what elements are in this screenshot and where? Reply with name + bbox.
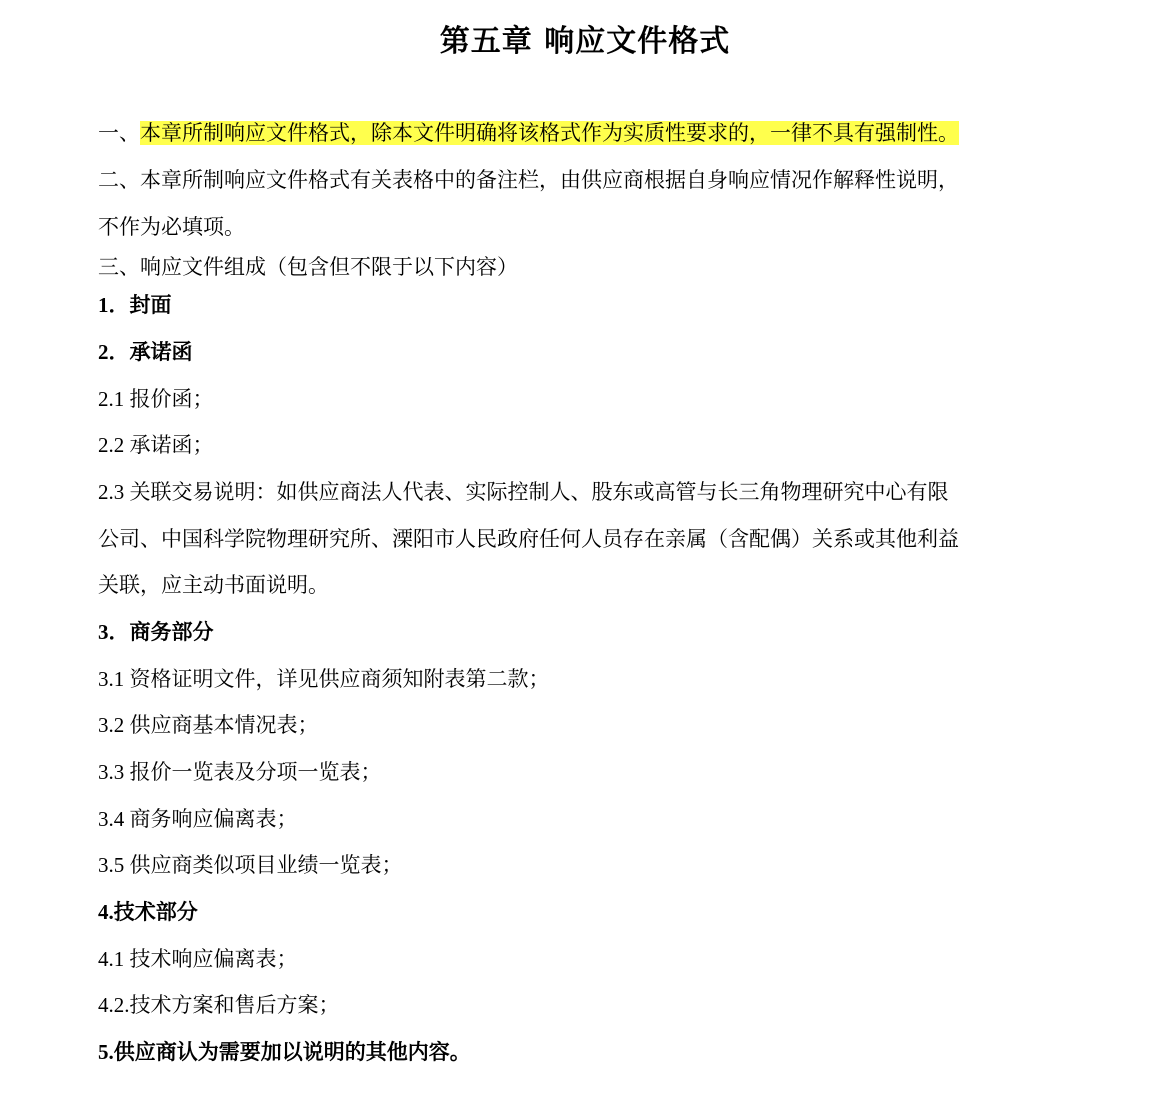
section-4-heading: 4.技术部分 xyxy=(98,897,198,927)
chapter-title: 第五章 响应文件格式 xyxy=(0,16,1170,60)
item-3-5: 3.5 供应商类似项目业绩一览表； xyxy=(98,850,403,880)
item-2-2: 2.2 承诺函； xyxy=(98,430,214,460)
item-2-3-line-1: 2.3 关联交易说明：如供应商法人代表、实际控制人、股东或高管与长三角物理研究中… xyxy=(98,477,949,507)
section-1-heading: 1．封面 xyxy=(98,290,172,320)
item-2-1: 2.1 报价函； xyxy=(98,384,214,414)
section-5-heading: 5.供应商认为需要加以说明的其他内容。 xyxy=(98,1037,471,1067)
item-4-2: 4.2.技术方案和售后方案； xyxy=(98,990,340,1020)
item-3-2: 3.2 供应商基本情况表； xyxy=(98,710,319,740)
item-4-1: 4.1 技术响应偏离表； xyxy=(98,944,298,974)
item-2-3-line-2: 公司、中国科学院物理研究所、溧阳市人民政府任何人员存在亲属（含配偶）关系或其他利… xyxy=(98,524,959,554)
item-3-3: 3.3 报价一览表及分项一览表； xyxy=(98,757,382,787)
paragraph-1-prefix: 一、 xyxy=(98,121,140,145)
section-3-heading: 3．商务部分 xyxy=(98,617,214,647)
item-2-3-line-3: 关联，应主动书面说明。 xyxy=(98,570,329,600)
paragraph-1: 一、本章所制响应文件格式，除本文件明确将该格式作为实质性要求的，一律不具有强制性… xyxy=(98,118,959,148)
paragraph-3: 三、响应文件组成（包含但不限于以下内容） xyxy=(98,252,518,282)
highlighted-text: 本章所制响应文件格式，除本文件明确将该格式作为实质性要求的，一律不具有强制性。 xyxy=(140,121,959,145)
item-3-4: 3.4 商务响应偏离表； xyxy=(98,804,298,834)
item-3-1: 3.1 资格证明文件，详见供应商须知附表第二款； xyxy=(98,664,550,694)
paragraph-2-line-2: 不作为必填项。 xyxy=(98,212,245,242)
paragraph-2-line-1: 二、本章所制响应文件格式有关表格中的备注栏，由供应商根据自身响应情况作解释性说明… xyxy=(98,165,959,195)
section-2-heading: 2．承诺函 xyxy=(98,337,193,367)
